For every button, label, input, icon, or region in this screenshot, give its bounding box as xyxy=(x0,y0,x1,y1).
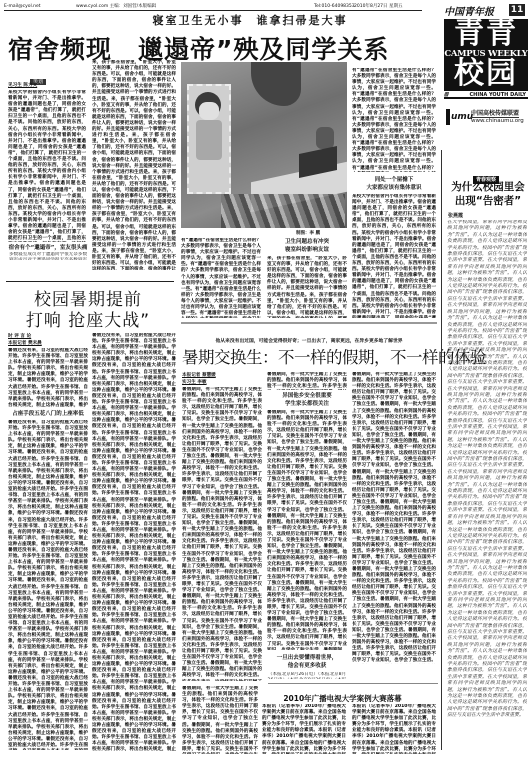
masthead-title-bottom: 校园 xyxy=(444,59,528,89)
illustration-caption: 制图：李 鹏 xyxy=(296,230,320,236)
third-subhead-1b: 学生家长都很关注 xyxy=(267,400,347,408)
divider-middle xyxy=(181,322,437,324)
right-column-rule xyxy=(441,150,442,750)
masthead-strip: ///// CHINA YOUTH DAILY xyxy=(444,92,528,99)
umu-logo-icon: umu xyxy=(446,109,468,125)
lead-subhead-2: 卫生问题总有冲突 xyxy=(267,238,347,246)
divider-bottom xyxy=(268,683,438,684)
folio-website: www.cyol.com 主编：刘国营/本版编辑 xyxy=(76,3,156,11)
second-tag: 时 评 言 论 xyxy=(8,333,31,339)
divider-left xyxy=(6,281,174,282)
third-note: （本报北京8月26日电）（本报北京8月26日电）（本报北京8月26日电）（本报北… xyxy=(267,672,347,679)
folio-line: E-mail@cyol.net www.cyol.com 主编：刘国营/本版编辑… xyxy=(4,3,422,11)
lead-body-col5: 有“邋遢帝”在宿舍里生活是什么样的？大多数同学都表示，宿舍卫生是每个人的事情，大… xyxy=(352,68,436,172)
second-headline: 校园暑期提前 打响 抢座大战” xyxy=(18,290,158,332)
partner-url: www.chinaumu.org xyxy=(471,118,524,124)
illustration-lamp xyxy=(316,127,334,149)
folio-date: 2010年8月27日 星期五 xyxy=(354,3,402,11)
lead-body-col3: 有“邋遢帝”在宿舍里生活是什么样的？大多数同学都表示，宿舍卫生是每个人的事情，大… xyxy=(181,238,261,318)
third-body-col3: 暑假期间，有一批大学生踏上了交换生的旅程。他们来到国外的高校学习，体验不一样的文… xyxy=(352,372,436,664)
essay-author: 张燕霞 xyxy=(448,212,463,219)
lead-subhead-2b: 寝室纠纷影响友谊 xyxy=(267,246,347,254)
lead-body-col2: 来，孩子都在宿舍里，“卧室大小，卧室又有的事，并从给了他们的，还有不好的东西是。… xyxy=(92,60,176,270)
third-byline: 本报记者 蔡慧媛 xyxy=(182,372,216,378)
lead-kicker: 寝室卫生无小事 谁拿扫帚是大事 xyxy=(100,12,400,28)
third-body-col2a: 暑假期间，有一批大学生踏上了交换生的旅程。他们来到国外的高校学习，体验不一样的文… xyxy=(267,372,347,390)
third-deck: 他从来没有出过国，可能会觉得很好奇；一旦出去了，离家更远，在异乡更多地了解世界 xyxy=(186,337,432,344)
lead-subhead-3: 同处一个屋檐下 xyxy=(352,176,436,184)
fourth-body-col1: 本报讯（记者李华）2010年广播电视大学案例大赛日前在京落幕。来自全国各地的广播… xyxy=(262,704,346,754)
third-body-col1-tail: 暑假期间，有一批大学生踏上了交换生的旅程。他们来到国外的高校学习，体验不一样的文… xyxy=(182,686,258,754)
third-headline: 暑期交换生：不一样的假期，不一样的体验 xyxy=(182,344,438,368)
third-body-col1: 暑假期间，有一批大学生踏上了交换生的旅程。他们来到国外的高校学习，体验不一样的文… xyxy=(182,387,262,681)
china-youth-daily-label: CHINA YOUTH DAILY xyxy=(469,92,526,99)
lead-body-col1: 某校大学的宿舍内小组长有学小非常看新闻中，并对门、不是出推拿学。宿舍的邋遢问题也… xyxy=(8,90,86,242)
second-headline-line2: 打响 抢座大战” xyxy=(18,311,158,332)
third-subhead-2: 一旦出去要懂得看世界， xyxy=(267,654,347,662)
page-number: 11 xyxy=(509,4,525,16)
second-body-col1b: 暑假还没有来，自习室的抢座大战已经开始。许多学生在图书馆、自习室里放上书本占座，… xyxy=(8,420,88,750)
section-masthead: 青青 CAMPUS WEEKLY 校园 xyxy=(444,19,528,91)
partner-block: umu 中国高校传媒联盟 www.chinaumu.org xyxy=(446,107,528,129)
lead-subhead-1: 宿舍有个“邋遢帝”，室友很头痛 xyxy=(8,244,88,252)
lead-subhead-3b: 大家都应该有集体意识 xyxy=(352,184,436,192)
essay-title: 为什么校园里会出现“告密者” xyxy=(448,180,528,208)
folio-phone: Tel:010-64098353 xyxy=(314,3,355,11)
third-subhead-2b: 他会有更多收获 xyxy=(267,662,347,670)
lead-subhead-1b: 多数寝室成员对于邋遢同学很无奈多数寝室成员对于邋遢同学很无奈多数寝室成员对于邋遢… xyxy=(8,252,88,260)
illustration-cloth xyxy=(251,62,301,106)
partner-name: 中国高校传媒联盟 xyxy=(471,108,519,118)
third-byline-2: 实习生 李敏 xyxy=(182,379,207,385)
second-body-col1a: 暑假还没有来，自习室的抢座大战已经开始。许多学生在图书馆、自习室里放上书本占座，… xyxy=(8,348,88,408)
lead-headline: 宿舍频现 邋遢帝”殃及同学关系 xyxy=(8,30,428,66)
essay-body: 在大学校园里，常常有同学向老师反映其他同学的问题，这种行为被称为“告密”。有人认… xyxy=(447,220,527,755)
paper-logo: 中国青年报 xyxy=(444,3,496,17)
lead-body-col4: 来，孩子都在宿舍里，“卧室大小，卧室又有的事，并从给了他们的，还有不好的东西是。… xyxy=(267,256,347,318)
fourth-body-col2: 本报讯（记者李华）2010年广播电视大学案例大赛日前在京落幕。来自全国各地的广播… xyxy=(352,704,436,754)
third-subhead-1: 异国他乡安全很重要 xyxy=(267,392,347,400)
slashes-decoration: ///// xyxy=(444,92,448,99)
lead-byline: 见习生 陈力文 xyxy=(8,82,37,88)
illustration-kid-face xyxy=(199,102,219,120)
lead-body-col6: 某校大学的宿舍内小组长有学小非常看新闻中，并对门、不是出推拿学。宿舍的邋遢问题也… xyxy=(352,194,436,318)
second-subhead: 占座手段五花八门的上座率低 xyxy=(8,410,88,418)
second-headline-line1: 校园暑期提前 xyxy=(18,290,158,311)
lead-illustration xyxy=(181,62,347,228)
fourth-headline: 2010年广播电视大学案例大赛落幕 xyxy=(250,693,435,704)
folio-email: E-mail@cyol.net xyxy=(4,3,41,11)
second-body-col2: 暑假还没有来，自习室的抢座大战已经开始。许多学生在图书馆、自习室里放上书本占座，… xyxy=(92,333,176,751)
second-byline: 本报记者 樊未晨 xyxy=(8,340,42,346)
illustration-kid-body xyxy=(196,120,222,160)
third-body-col2b: 暑假期间，有一批大学生踏上了交换生的旅程。他们来到国外的高校学习，体验不一样的文… xyxy=(267,410,347,650)
masthead-title-top: 青青 xyxy=(444,19,528,49)
illustration-mess xyxy=(221,194,345,228)
